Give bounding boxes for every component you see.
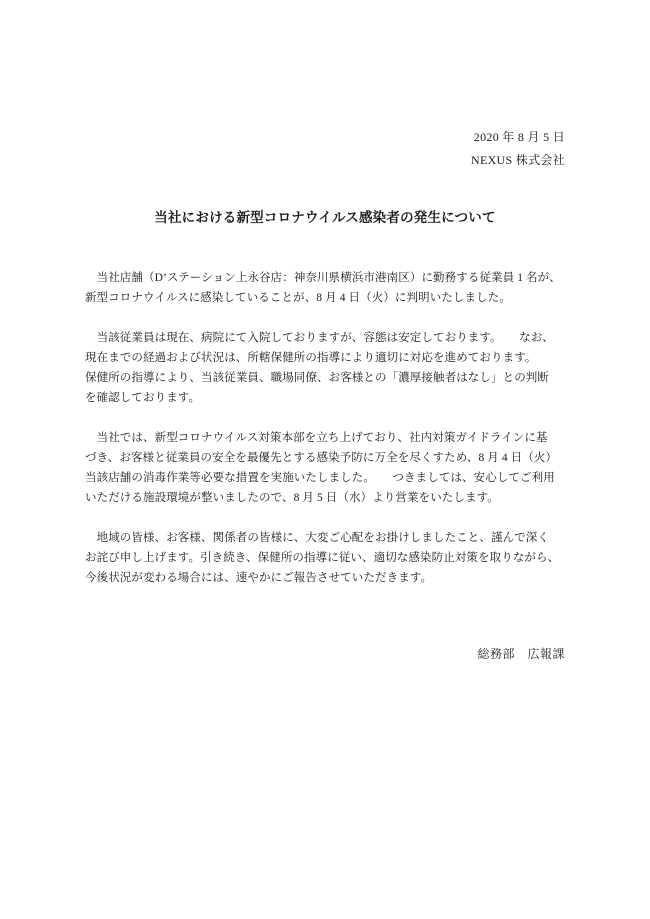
- body-paragraph-4: 地域の皆様、お客様、関係者の皆様に、大変ご心配をお掛けしましたこと、謹んで深く …: [85, 528, 565, 588]
- document-date: 2020 年 8 月 5 日: [85, 126, 565, 149]
- company-name: NEXUS 株式会社: [85, 149, 565, 172]
- body-paragraph-2: 当該従業員は現在、病院にて入院しておりますが、容態は安定しております。 なお、 …: [85, 328, 565, 408]
- body-paragraph-1: 当社店舗（D’ステーション上永谷店：神奈川県横浜市港南区）に勤務する従業員 1 …: [85, 268, 565, 308]
- document-page: 2020 年 8 月 5 日 NEXUS 株式会社 当社における新型コロナウイル…: [0, 0, 650, 919]
- body-paragraph-3: 当社では、新型コロナウイルス対策本部を立ち上げており、社内対策ガイドラインに基 …: [85, 428, 565, 508]
- signature: 総務部 広報課: [85, 644, 565, 664]
- document-title: 当社における新型コロナウイルス感染者の発生について: [85, 208, 565, 228]
- document-header: 2020 年 8 月 5 日 NEXUS 株式会社: [85, 126, 565, 172]
